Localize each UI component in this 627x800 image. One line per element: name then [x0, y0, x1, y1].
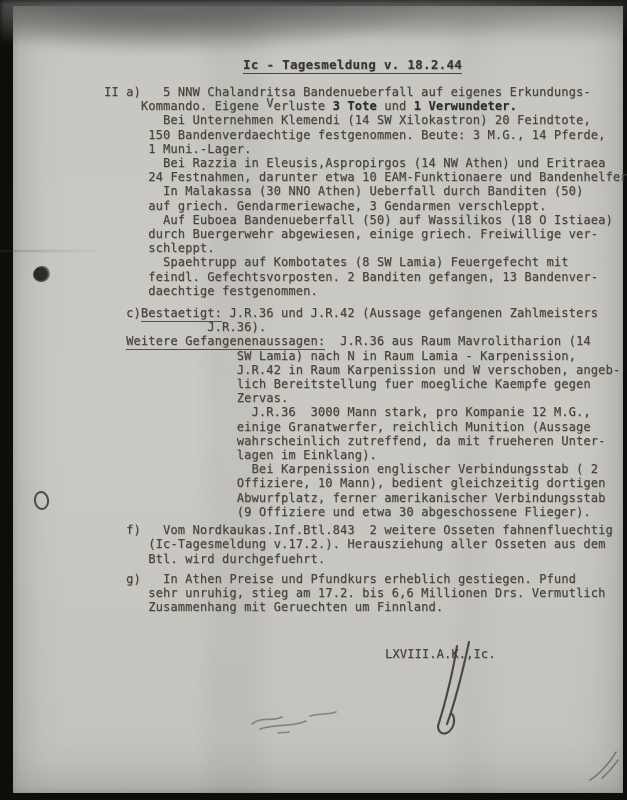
photo-frame: Ic - Tagesmeldung v. 18.2.44 II a) 5 NNW…: [0, 0, 627, 800]
doc-line: Zusammenhang mit Geruechten um Finnland.: [104, 600, 624, 614]
doc-line: J.R.42 in Raum Karpenission und W versch…: [104, 363, 624, 377]
line-text: J.R.36 aus Raum Mavrolitharion (14: [325, 334, 591, 348]
doc-line: (Ic-Tagesmeldung v.17.2.). Herausziehung…: [104, 537, 624, 551]
doc-line: (9 Offiziere und etwa 30 abgeschossene F…: [104, 505, 624, 519]
bold-casualties: 1 Verwundeter.: [414, 99, 517, 113]
doc-line: einige Granatwerfer, reichlich Munition …: [104, 420, 624, 434]
doc-line: SW Lamia) nach N in Raum Lamia - Karpeni…: [104, 349, 624, 363]
section-f-lines: f) Vom Nordkaukas.Inf.Btl.843 2 weitere …: [104, 523, 624, 566]
signature-line: LXVIII.A.K.,Ic.: [104, 647, 624, 661]
line-text: [104, 334, 126, 348]
doc-line: Weitere Gefangenenaussagen: J.R.36 aus R…: [104, 334, 624, 348]
doc-line: Btl. wird durchgefuehrt.: [104, 552, 624, 566]
doc-line: wahrscheinlich zutreffend, da mit fruehe…: [104, 434, 624, 448]
doc-line: Offiziere, 10 Mann), bedient gleichzeiti…: [104, 476, 624, 490]
doc-line: Spaehtrupp auf Kombotates (8 SW Lamia) F…: [104, 255, 624, 269]
doc-line: Zervas.: [104, 391, 624, 405]
doc-line: J.R.36).: [104, 320, 624, 334]
line-text: Kommando. Eigene: [104, 99, 266, 113]
underlined-heading: Bestaetigt:: [141, 306, 222, 322]
doc-line: Kommando. Eigene Verluste 3 Tote und 1 V…: [104, 99, 624, 113]
doc-line: g) In Athen Preise und Pfundkurs erhebli…: [104, 572, 624, 586]
doc-line: feindl. Gefechtsvorposten. 2 Banditen ge…: [104, 270, 624, 284]
doc-line: J.R.36 3000 Mann stark, pro Kompanie 12 …: [104, 405, 624, 419]
section-IIa-lines: Bei Unternehmen Klemendi (14 SW Xilokast…: [104, 113, 624, 298]
section-g-lines: g) In Athen Preise und Pfundkurs erhebli…: [104, 572, 624, 615]
doc-line: 24 Festnahmen, darunter etwa 10 EAM-Funk…: [104, 170, 624, 184]
doc-line: auf griech. Gendarmeriewache, 3 Gendarme…: [104, 199, 624, 213]
document: Ic - Tagesmeldung v. 18.2.44 II a) 5 NNW…: [0, 0, 627, 800]
section-c-lines: SW Lamia) nach N in Raum Lamia - Karpeni…: [104, 349, 624, 519]
superscript-v: V: [266, 96, 273, 110]
doc-line: c)Bestaetigt: J.R.36 und J.R.42 (Aussage…: [104, 306, 624, 320]
doc-line: daechtige festgenommen.: [104, 284, 624, 298]
section-f: f) Vom Nordkaukas.Inf.Btl.843 2 weitere …: [104, 523, 624, 566]
doc-line: Bei Karpenission englischer Verbindungss…: [104, 462, 624, 476]
bold-casualties: 3 Tote: [333, 99, 377, 113]
underlined-heading: Weitere Gefangenenaussagen:: [126, 334, 325, 350]
doc-line: 150 Bandenverdaechtige festgenommen. Beu…: [104, 128, 624, 142]
section-IIa: II a) 5 NNW Chalandritsa Bandenueberfall…: [104, 85, 624, 298]
doc-line: f) Vom Nordkaukas.Inf.Btl.843 2 weitere …: [104, 523, 624, 537]
doc-line: lich Bereitstellung fuer moegliche Kaemp…: [104, 377, 624, 391]
doc-line: durch Buergerwehr abgewiesen, einige gri…: [104, 227, 624, 241]
section-g: g) In Athen Preise und Pfundkurs erhebli…: [104, 572, 624, 615]
signature-text: LXVIII.A.K.,Ic.: [385, 647, 496, 661]
doc-line: lagen im Einklang).: [104, 448, 624, 462]
doc-line: sehr unruhig, stieg am 17.2. bis 6,6 Mil…: [104, 586, 624, 600]
doc-line: Bei Unternehmen Klemendi (14 SW Xilokast…: [104, 113, 624, 127]
doc-line: Auf Euboea Bandenueberfall (50) auf Wass…: [104, 213, 624, 227]
doc-line: schleppt.: [104, 241, 624, 255]
line-text: J.R.36 und J.R.42 (Aussage gefangenen Za…: [222, 306, 598, 320]
doc-line: In Malakassa (30 NNO Athen) Ueberfall du…: [104, 184, 624, 198]
line-text: und: [377, 99, 414, 113]
doc-line: II a) 5 NNW Chalandritsa Bandenueberfall…: [104, 85, 624, 99]
doc-line: 1 Muni.-Lager.: [104, 142, 624, 156]
doc-line: Abwurfplatz, ferner amerikanischer Verbi…: [104, 491, 624, 505]
text-column: II a) 5 NNW Chalandritsa Bandenueberfall…: [104, 85, 624, 662]
doc-line: Bei Razzia in Eleusis,Aspropirgos (14 NW…: [104, 156, 624, 170]
document-title: Ic - Tagesmeldung v. 18.2.44: [243, 57, 462, 74]
line-text: erluste: [274, 99, 333, 113]
section-c: c)Bestaetigt: J.R.36 und J.R.42 (Aussage…: [104, 306, 624, 519]
line-text: c): [104, 306, 141, 320]
